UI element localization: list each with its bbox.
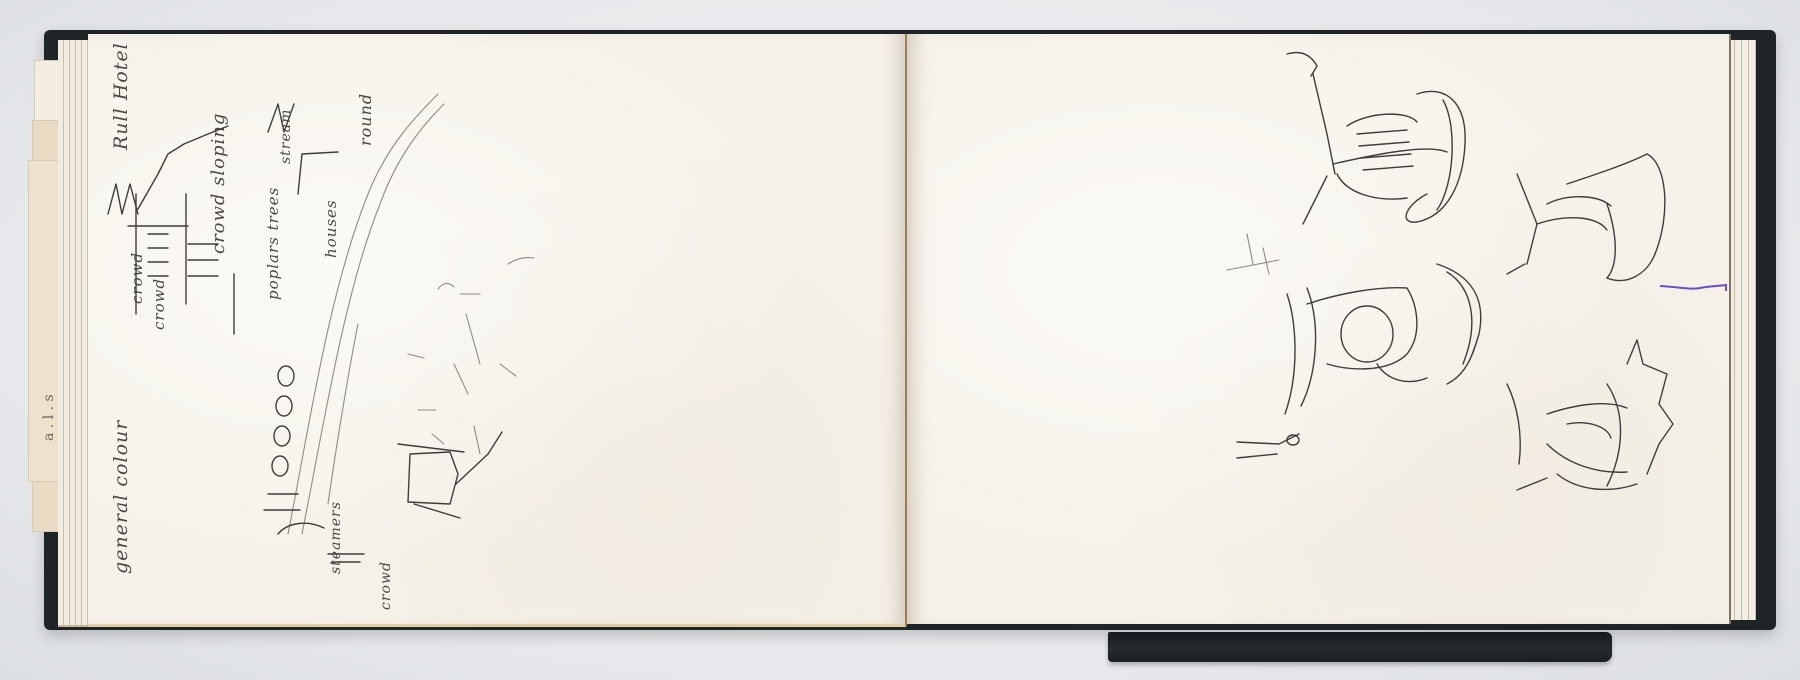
faint-marks [907,34,1729,628]
loose-page-tab: a . l . s [28,160,60,482]
closure-strap [1108,632,1612,662]
page-edges-right [1728,40,1756,620]
left-page: Rull Hotel crowd sloping crowd crowd pop… [88,34,906,627]
photo-scene: a . l . s Rull Hotel crowd sloping crowd… [0,0,1800,680]
purple-pencil-line [1660,280,1728,286]
tab-scribble: a . l . s [41,394,57,441]
right-page [907,34,1731,624]
cart-sketch [88,34,908,628]
